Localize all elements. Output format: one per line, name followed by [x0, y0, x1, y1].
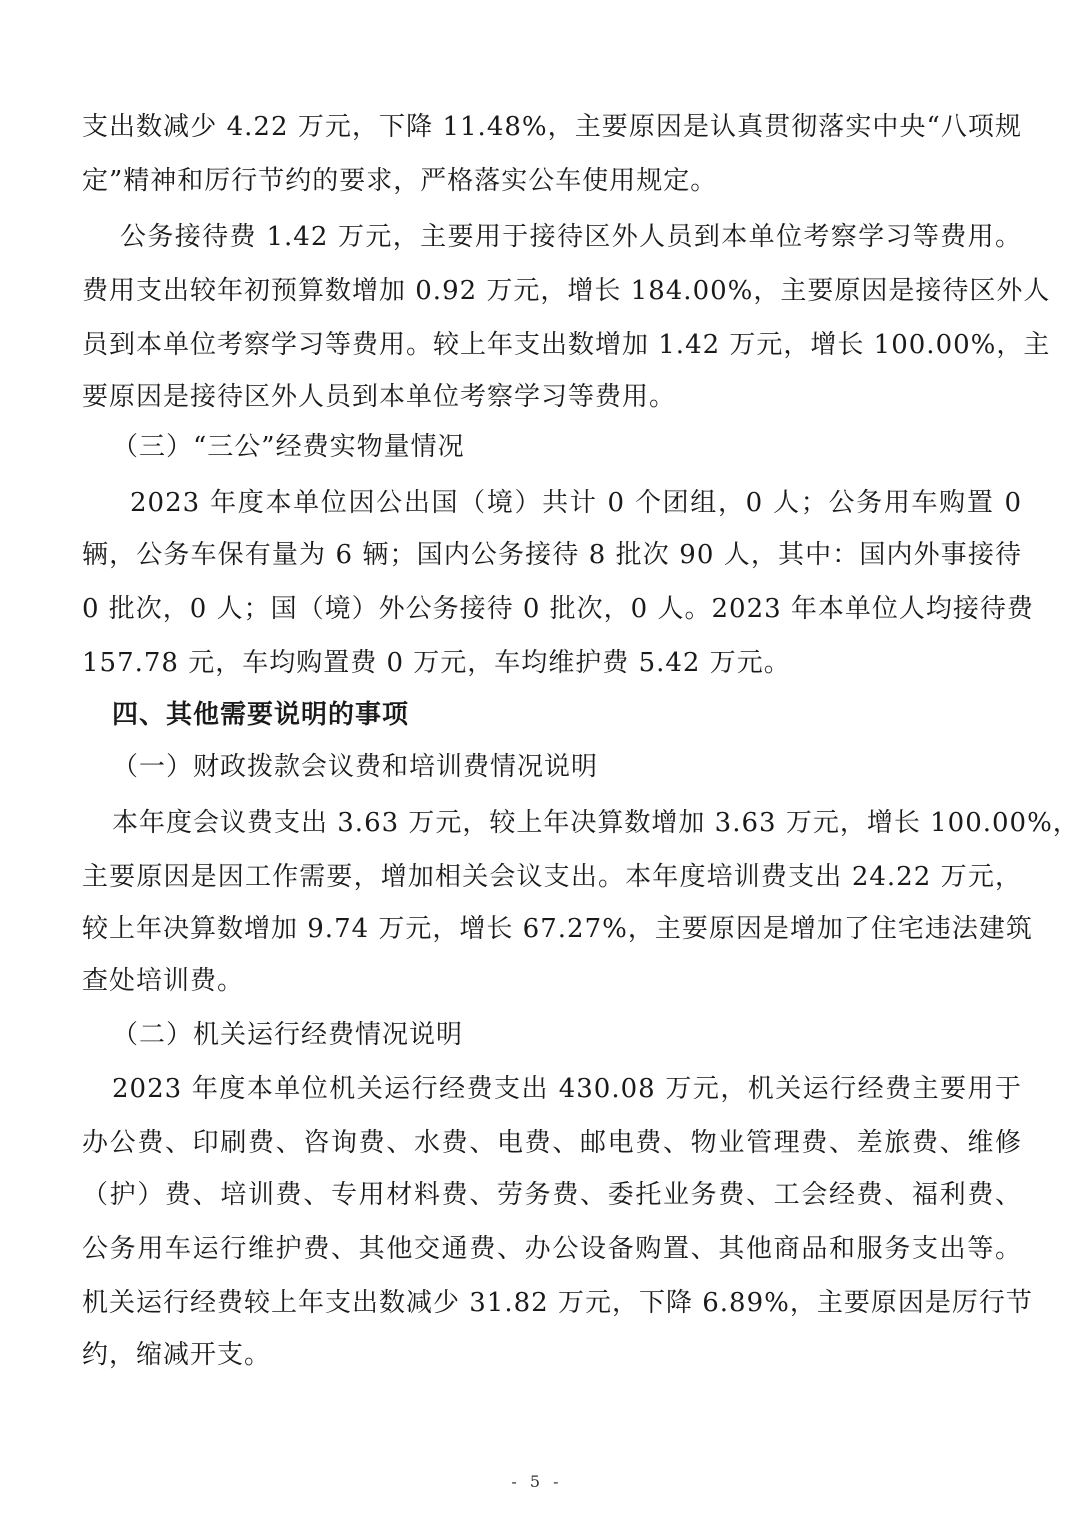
- paragraph-line: 157.78 元，车均购置费 0 万元，车均维护费 5.42 万元。: [82, 648, 1022, 678]
- paragraph-line: 查处培训费。: [82, 966, 1022, 996]
- paragraph-line: 辆，公务车保有量为 6 辆；国内公务接待 8 批次 90 人，其中：国内外事接待: [82, 540, 1022, 570]
- section-heading-3: （三）“三公”经费实物量情况: [112, 432, 1052, 462]
- paragraph-line: 较上年决算数增加 9.74 万元，增长 67.27%，主要原因是增加了住宅违法建…: [82, 914, 1022, 944]
- paragraph-line: 主要原因是因工作需要，增加相关会议支出。本年度培训费支出 24.22 万元，: [82, 862, 1022, 892]
- document-page: 支出数减少 4.22 万元，下降 11.48%，主要原因是认真贯彻落实中央“八项…: [0, 0, 1074, 1520]
- section-heading-4: 四、其他需要说明的事项: [112, 700, 1052, 730]
- subsection-heading-1: （一）财政拨款会议费和培训费情况说明: [112, 752, 1052, 782]
- paragraph-line: 员到本单位考察学习等费用。较上年支出数增加 1.42 万元，增长 100.00%…: [82, 330, 1022, 360]
- paragraph-line: 机关运行经费较上年支出数减少 31.82 万元，下降 6.89%，主要原因是厉行…: [82, 1288, 1022, 1318]
- paragraph-line: （护）费、培训费、专用材料费、劳务费、委托业务费、工会经费、福利费、: [82, 1180, 1022, 1210]
- subsection-heading-2: （二）机关运行经费情况说明: [112, 1020, 1052, 1050]
- paragraph-line: 支出数减少 4.22 万元，下降 11.48%，主要原因是认真贯彻落实中央“八项…: [82, 112, 1022, 142]
- paragraph-line: 定”精神和厉行节约的要求，严格落实公车使用规定。: [82, 166, 1022, 196]
- paragraph-line: 公务接待费 1.42 万元，主要用于接待区外人员到本单位考察学习等费用。: [120, 222, 1022, 252]
- paragraph-line: 办公费、印刷费、咨询费、水费、电费、邮电费、物业管理费、差旅费、维修: [82, 1128, 1022, 1158]
- paragraph-line: 约，缩减开支。: [82, 1340, 1022, 1370]
- paragraph-line: 要原因是接待区外人员到本单位考察学习等费用。: [82, 382, 1022, 412]
- paragraph-line: 0 批次，0 人；国（境）外公务接待 0 批次，0 人。2023 年本单位人均接…: [82, 594, 1022, 624]
- paragraph-line: 费用支出较年初预算数增加 0.92 万元，增长 184.00%，主要原因是接待区…: [82, 276, 1022, 306]
- paragraph-line: 公务用车运行维护费、其他交通费、办公设备购置、其他商品和服务支出等。: [82, 1234, 1022, 1264]
- page-number: - 5 -: [0, 1472, 1074, 1491]
- paragraph-line: 2023 年度本单位机关运行经费支出 430.08 万元，机关运行经费主要用于: [112, 1074, 1022, 1104]
- paragraph-line: 2023 年度本单位因公出国（境）共计 0 个团组，0 人；公务用车购置 0: [130, 488, 1022, 518]
- paragraph-line: 本年度会议费支出 3.63 万元，较上年决算数增加 3.63 万元，增长 100…: [112, 808, 1022, 838]
